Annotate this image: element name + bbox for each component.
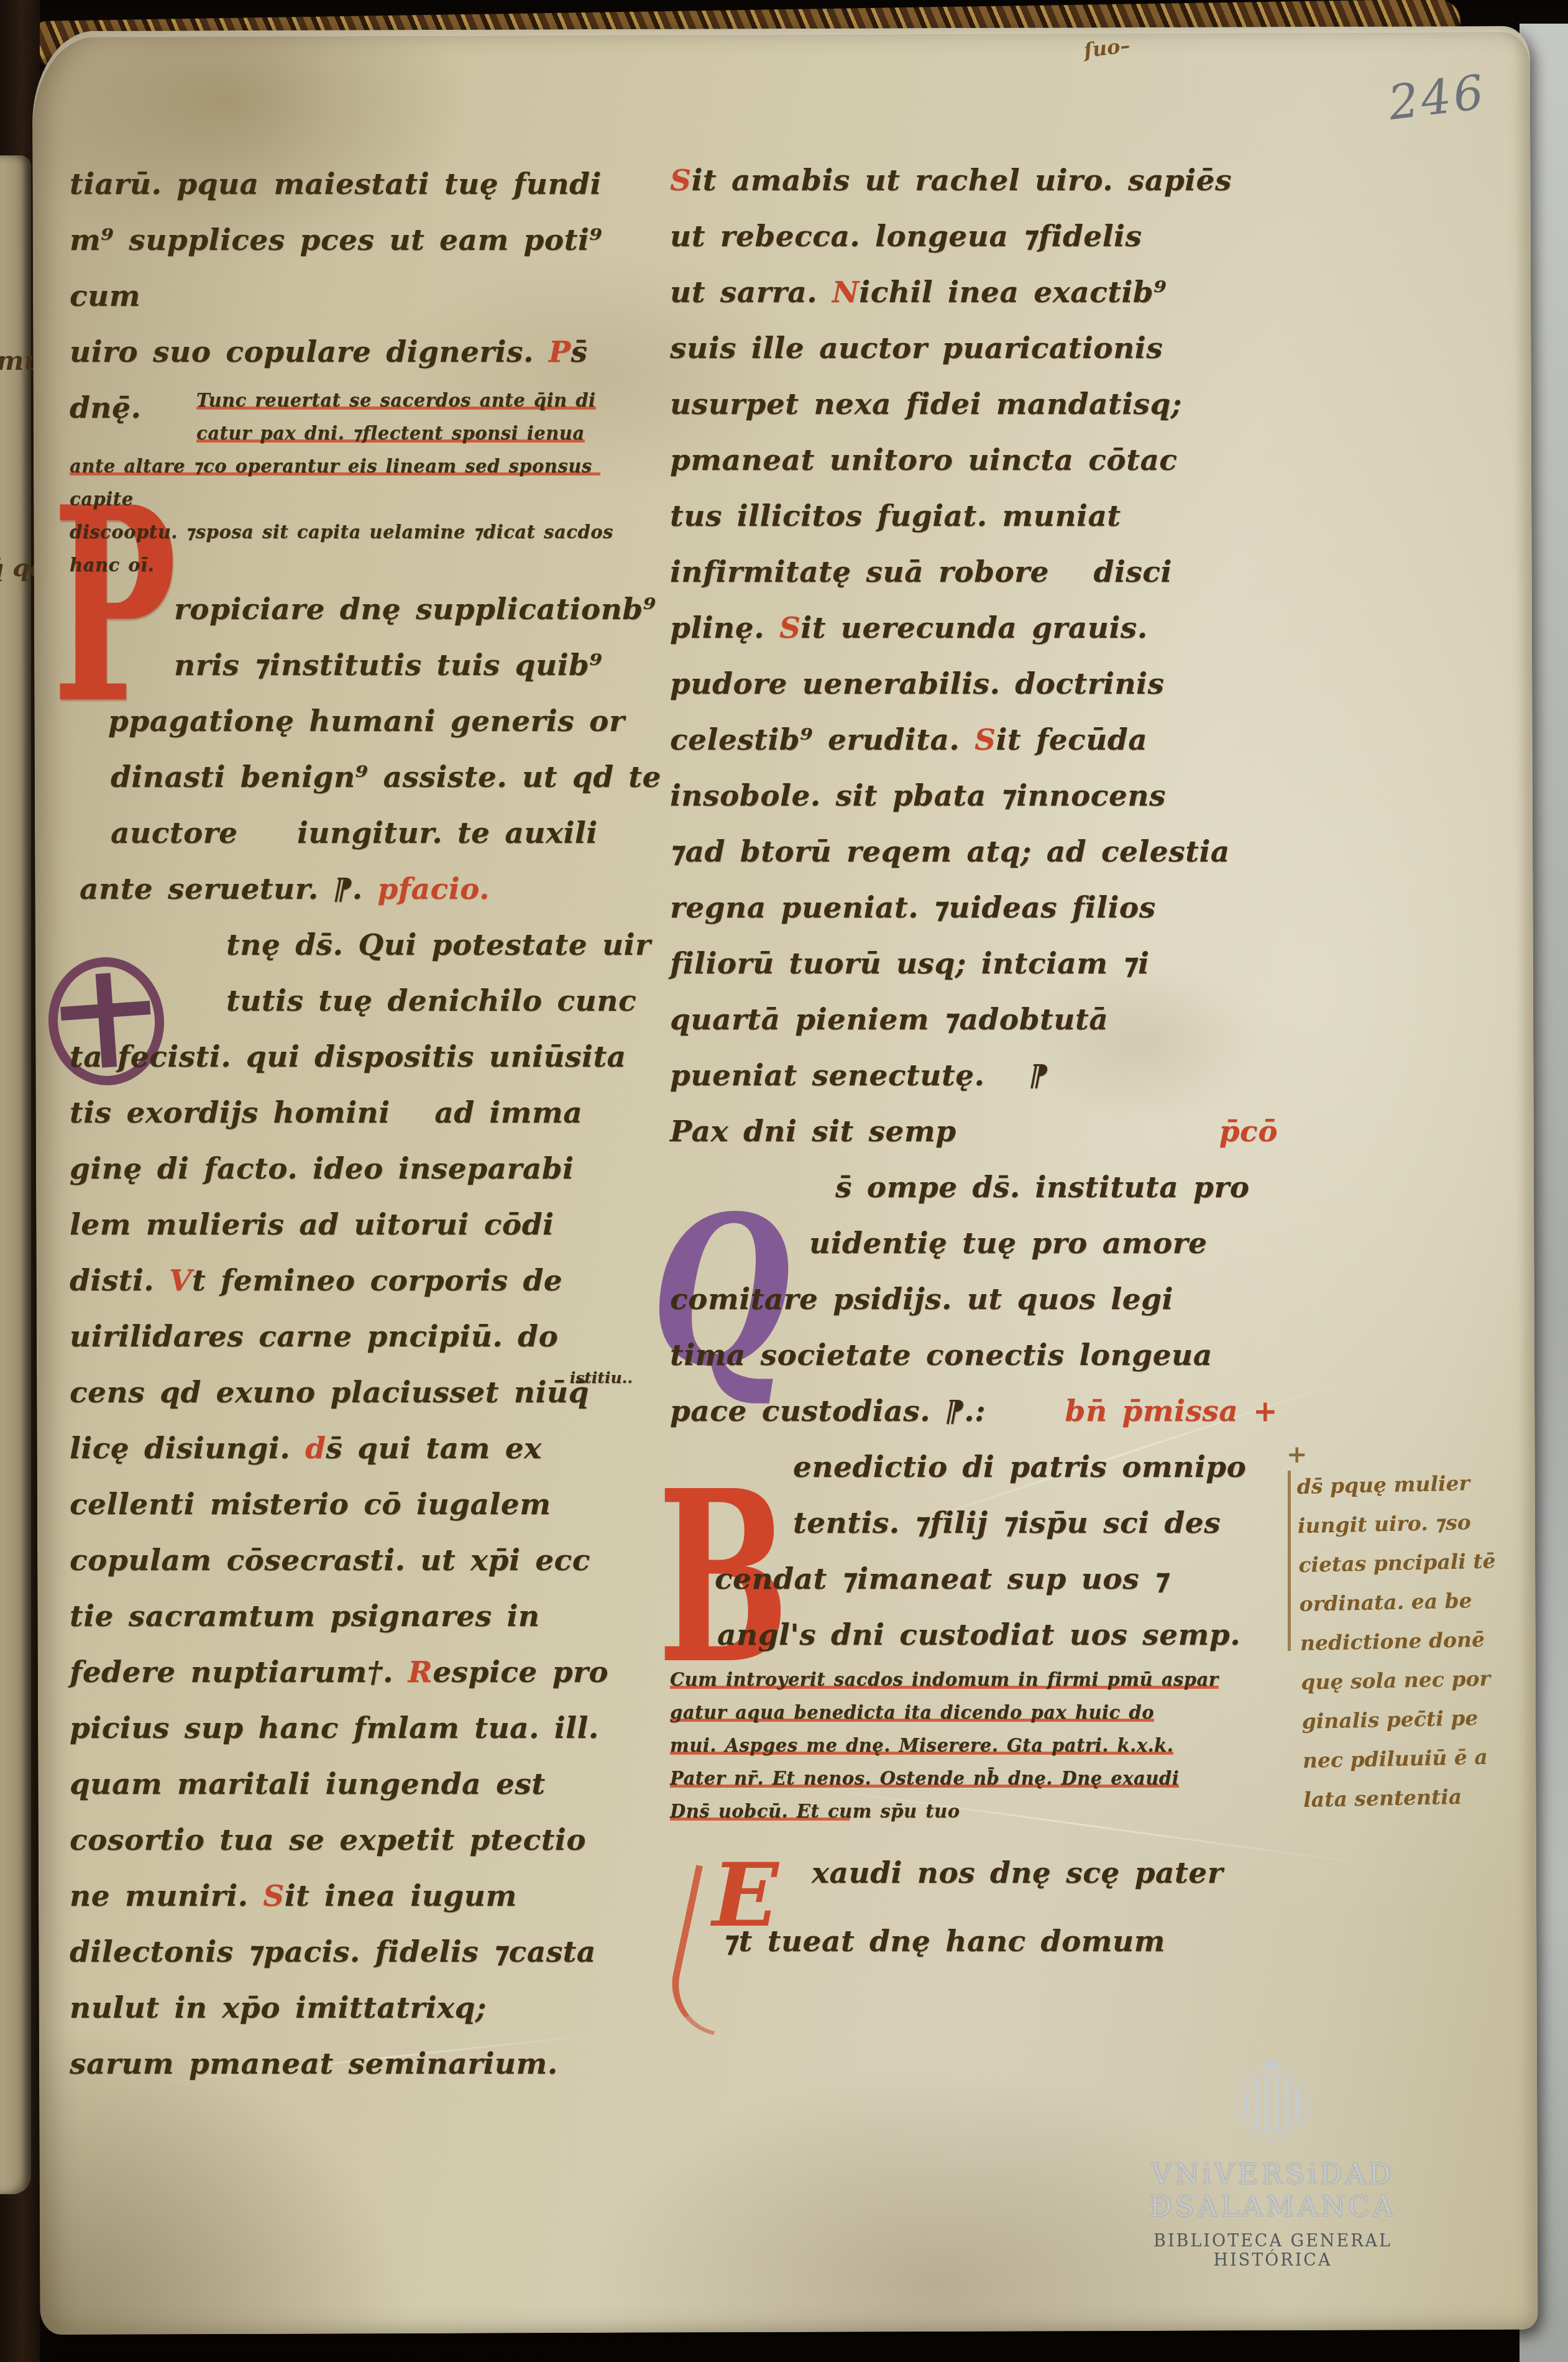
manuscript-text: tima societate conectis longeua xyxy=(670,1338,1213,1372)
manuscript-line: enedictio di patris omnipo xyxy=(670,1440,1299,1496)
manuscript-text: Pax dni sit semp xyxy=(670,1114,956,1149)
manuscript-line: Pater nr̄. Et nenos. Ostende nb̄ dnę. Dn… xyxy=(670,1762,1299,1795)
manuscript-line: filiorū tuorū usq; intciam ⁊i xyxy=(670,936,1299,992)
rubric-text: bn̄ p̄missa + xyxy=(1065,1384,1299,1440)
manuscript-line: tiarū. pqua maiestati tuę fundi xyxy=(70,157,661,213)
manuscript-line: ante seruetur. ⁋. pfacio. xyxy=(70,862,661,917)
manuscript-text: quartā pieniem ⁊adobtutā xyxy=(670,1003,1108,1037)
margin-note-line: nec pdiluuiū ē a xyxy=(1302,1736,1546,1780)
manuscript-line: ut sarra. Nichil inea exactib⁹ xyxy=(670,265,1299,321)
manuscript-text: enedictio di patris omnipo xyxy=(793,1450,1246,1484)
manuscript-line: tima societate conectis longeua xyxy=(670,1328,1299,1384)
manuscript-text: celestib⁹ erudita. xyxy=(670,723,974,757)
manuscript-line: pudore uenerabilis. doctrinis xyxy=(670,656,1299,712)
manuscript-text: licę disiungi. xyxy=(70,1431,305,1466)
manuscript-text: suis ille auctor puaricationis xyxy=(670,331,1163,365)
manuscript-line: cellenti misterio cō iugalem xyxy=(70,1477,661,1533)
manuscript-text: dilectonis ⁊pacis. fidelis ⁊casta xyxy=(70,1935,596,1969)
manuscript-text: m⁹ supplices pces ut eam poti⁹ cum xyxy=(70,223,617,313)
manuscript-line: plinę. Sit uerecunda grauis. xyxy=(670,600,1299,656)
manuscript-text: uidentię tuę pro amore xyxy=(809,1226,1207,1261)
manuscript-line: uiro suo copulare digneris. Ps̄ xyxy=(70,324,661,380)
manuscript-line: pueniat senectutę. ⁋ xyxy=(670,1048,1299,1104)
manuscript-line: tnę ds̄. Qui potestate uir xyxy=(70,917,661,973)
manuscript-text: tus illicitos fugiat. muniat xyxy=(670,499,1121,533)
manuscript-text: quam maritali iungenda est xyxy=(70,1767,546,1801)
margin-note-line: iungit uiro. ⁊so xyxy=(1297,1501,1541,1545)
rubric-text: mui. Aspges me dnę. Miserere. Gta patri.… xyxy=(670,1735,1173,1756)
manuscript-text: cendat ⁊imaneat sup uos ⁊ xyxy=(715,1562,1170,1596)
manuscript-text: picius sup hanc fmlam tua. ill. xyxy=(70,1711,599,1745)
manuscript-text: tutis tuę denichilo cunc xyxy=(226,984,636,1018)
manuscript-line: ginę di facto. ideo inseparabi xyxy=(70,1141,661,1197)
manuscript-line: m⁹ supplices pces ut eam poti⁹ cum xyxy=(70,213,661,324)
watermark-library-name: BIBLIOTECA GENERAL HISTÓRICA xyxy=(1132,2231,1413,2270)
margin-note: ds̄ pquę mulieriungit uiro. ⁊societas pn… xyxy=(1296,1462,1547,1819)
manuscript-text: it inea iugum xyxy=(285,1879,517,1913)
manuscript-line: Dns̄ uobcū. Et cum sp̄u tuo xyxy=(670,1795,1299,1828)
seal-shield-icon xyxy=(1243,2074,1303,2133)
rubric-text: p̄cō xyxy=(1219,1104,1299,1160)
right-column: Sit amabis ut rachel uiro. sapiēsut rebe… xyxy=(670,153,1299,1976)
rubric-text: d xyxy=(305,1431,326,1466)
manuscript-line: Pax dni sit sempp̄cō xyxy=(670,1104,1299,1160)
manuscript-text: ⁊t tueat dnę hanc domum xyxy=(723,1924,1165,1959)
manuscript-text: ppagationę humani generis or xyxy=(108,704,625,738)
manuscript-text: federe nuptiarum†. xyxy=(70,1655,408,1689)
manuscript-line: regna pueniat. ⁊uideas filios xyxy=(670,880,1299,936)
rubric-line: catur pax dni. ⁊flectent sponsi ienua xyxy=(196,417,661,450)
manuscript-text: tnę ds̄. Qui potestate uir xyxy=(226,928,651,962)
manuscript-text: ⁊ad btorū reqem atq; ad celestia xyxy=(670,835,1230,869)
manuscript-line: Sit amabis ut rachel uiro. sapiēs xyxy=(670,153,1299,209)
margin-note-line: quę sola nec por xyxy=(1301,1658,1545,1702)
manuscript-text: ropiciare dnę supplicationb⁹ xyxy=(174,592,656,627)
page-number: 246 xyxy=(1385,64,1489,131)
manuscript-line: infirmitatę suā robore disci xyxy=(670,545,1299,600)
margin-note-line: ds̄ pquę mulier xyxy=(1296,1462,1541,1506)
manuscript-line: tie sacramtum psignares in xyxy=(70,1589,661,1645)
manuscript-line: ⁊ad btorū reqem atq; ad celestia xyxy=(670,824,1299,880)
manuscript-line: dnę̄.Tunc reuertat se sacerdos ante q̄in… xyxy=(70,380,661,450)
manuscript-line: angl's dni custodiat uos semp. xyxy=(670,1607,1299,1663)
watermark-university-name: VNiVERSiDAD xyxy=(1132,2158,1413,2190)
manuscript-line: dilectonis ⁊pacis. fidelis ⁊casta xyxy=(70,1924,661,1980)
manuscript-photo: omum q̄ qc ſuo– 246 P Q B E tiarū. pqua … xyxy=(0,0,1568,2362)
manuscript-text: disti. xyxy=(70,1264,169,1298)
rubric-text: S xyxy=(670,163,691,198)
manuscript-line: celestib⁹ erudita. Sit fecūda xyxy=(670,712,1299,768)
manuscript-line: quam maritali iungenda est xyxy=(70,1757,661,1813)
manuscript-text: espice pro xyxy=(433,1655,608,1689)
watermark-university-name-2: ĐSALAMANCA xyxy=(1132,2190,1413,2223)
manuscript-text: tiarū. pqua maiestati tuę fundi xyxy=(70,167,602,201)
margin-note-line: ginalis pec̄ti pe xyxy=(1301,1697,1546,1741)
manuscript-line: picius sup hanc fmlam tua. ill. xyxy=(70,1701,661,1757)
manuscript-text: plinę. xyxy=(670,611,779,645)
manuscript-word: dnę̄. xyxy=(70,380,188,436)
manuscript-text: comitare psidijs. ut quos legi xyxy=(670,1282,1173,1317)
manuscript-line: nris ⁊institutis tuis quib⁹ xyxy=(70,638,661,694)
manuscript-text: infirmitatę suā robore disci xyxy=(670,555,1172,589)
margin-note-line: lata sententia xyxy=(1303,1775,1547,1819)
manuscript-text: ut sarra. xyxy=(670,275,832,310)
manuscript-line: Cum introyerit sacdos indomum in firmi p… xyxy=(670,1663,1299,1696)
manuscript-text: it uerecunda grauis. xyxy=(800,611,1147,645)
manuscript-line: tis exordijs homini ad imma xyxy=(70,1085,661,1141)
manuscript-text: ut rebecca. longeua ⁊fidelis xyxy=(670,219,1142,254)
universidad-seal-icon xyxy=(1234,2065,1311,2142)
interlinear-gloss: istitiu.. xyxy=(570,1350,633,1406)
manuscript-text: tie sacramtum psignares in xyxy=(70,1599,539,1634)
rubric-text: discooptu. ⁊sposa sit capita uelamine ⁊d… xyxy=(70,522,621,576)
manuscript-line: pace custodias. ⁋.:bn̄ p̄missa + xyxy=(670,1384,1299,1440)
manuscript-line: ⁊t tueat dnę hanc domum xyxy=(670,1908,1299,1976)
rubric-text: P xyxy=(549,335,571,369)
manuscript-text: filiorū tuorū usq; intciam ⁊i xyxy=(670,947,1149,981)
manuscript-text: ichil inea exactib⁹ xyxy=(859,275,1167,310)
manuscript-text: s̄ xyxy=(571,335,587,369)
manuscript-line: quartā pieniem ⁊adobtutā xyxy=(670,992,1299,1048)
manuscript-text: s̄ qui tam ex xyxy=(326,1431,541,1466)
manuscript-line: ante altare ⁊co operantur eis lineam sed… xyxy=(70,450,661,516)
manuscript-line: auctore iungitur. te auxili xyxy=(70,806,661,862)
manuscript-text: pudore uenerabilis. doctrinis xyxy=(670,667,1164,701)
margin-note-line: nedictione donē xyxy=(1300,1619,1544,1663)
manuscript-text: ne muniri. xyxy=(70,1879,263,1913)
manuscript-line: gatur aqua benedicta ita dicendo pax hui… xyxy=(670,1696,1299,1729)
rubric-text: S xyxy=(974,723,996,757)
manuscript-line: ut rebecca. longeua ⁊fidelis xyxy=(670,209,1299,265)
manuscript-text: cellenti misterio cō iugalem xyxy=(70,1487,551,1522)
manuscript-line: cosortio tua se expetit ptectio xyxy=(70,1813,661,1868)
manuscript-line: pmaneat unitoro uincta cōtac xyxy=(670,433,1299,489)
manuscript-line: comitare psidijs. ut quos legi xyxy=(670,1272,1299,1328)
manuscript-text: dinasti benign⁹ assiste. ut qd te xyxy=(111,760,661,794)
manuscript-text: ante seruetur. ⁋. xyxy=(80,872,377,906)
rubric-text: Tunc reuertat se sacerdos ante q̄in di xyxy=(196,390,596,411)
manuscript-line: sarum pmaneat seminarium. xyxy=(70,2036,661,2092)
rubric-text: Dns̄ uobcū. Et cum sp̄u tuo xyxy=(670,1801,960,1822)
manuscript-text: it fecūda xyxy=(996,723,1148,757)
manuscript-line: xaudi nos dnę scę pater xyxy=(670,1839,1299,1908)
manuscript-line: disti. Vt femineo corporis de xyxy=(70,1253,661,1309)
manuscript-text: auctore iungitur. te auxili xyxy=(111,816,598,850)
manuscript-line: discooptu. ⁊sposa sit capita uelamine ⁊d… xyxy=(70,516,661,582)
manuscript-text: copulam cōsecrasti. ut xp̄i ecc xyxy=(70,1543,590,1578)
manuscript-line: cens qd exuno placiusset niūq̄istitiu.. xyxy=(70,1365,661,1421)
manuscript-line: s̄ ompe ds̄. instituta pro xyxy=(670,1160,1299,1216)
manuscript-text: cens qd exuno placiusset niūq̄ xyxy=(70,1376,589,1410)
manuscript-text: nris ⁊institutis tuis quib⁹ xyxy=(174,648,602,682)
margin-bracket-line xyxy=(1288,1471,1291,1651)
manuscript-text: nulut in xp̄o imittatrixq; xyxy=(70,1991,487,2025)
manuscript-text: sarum pmaneat seminarium. xyxy=(70,2047,558,2081)
rubric-line: Tunc reuertat se sacerdos ante q̄in di xyxy=(196,384,661,417)
rubric-text: Pater nr̄. Et nenos. Ostende nb̄ dnę. Dn… xyxy=(670,1768,1179,1789)
manuscript-text: ginę di facto. ideo inseparabi xyxy=(70,1152,574,1186)
manuscript-text: s̄ ompe ds̄. instituta pro xyxy=(835,1170,1250,1205)
manuscript-text: cosortio tua se expetit ptectio xyxy=(70,1823,586,1857)
rubric-text: gatur aqua benedicta ita dicendo pax hui… xyxy=(670,1702,1154,1723)
rubric-text: Cum introyerit sacdos indomum in firmi p… xyxy=(670,1669,1219,1690)
manuscript-line: mui. Aspges me dnę. Miserere. Gta patri.… xyxy=(670,1729,1299,1762)
manuscript-text: pace custodias. ⁋.: xyxy=(670,1394,986,1428)
manuscript-line: ne muniri. Sit inea iugum xyxy=(70,1868,661,1924)
manuscript-line: lem mulieris ad uitorui cōdi xyxy=(70,1197,661,1253)
manuscript-line: copulam cōsecrasti. ut xp̄i ecc xyxy=(70,1533,661,1589)
manuscript-line: licę disiungi. ds̄ qui tam ex xyxy=(70,1421,661,1477)
manuscript-line: ppagationę humani generis or xyxy=(70,694,661,750)
manuscript-text: insobole. sit pbata ⁊innocens xyxy=(670,779,1166,813)
manuscript-text: usurpet nexa fidei mandatisq; xyxy=(670,387,1182,421)
manuscript-text: tentis. ⁊filij ⁊isp̄u sci des xyxy=(793,1506,1221,1540)
manuscript-line: federe nuptiarum†. Respice pro xyxy=(70,1645,661,1701)
manuscript-line: ta fecisti. qui dispositis uniūsita xyxy=(70,1029,661,1085)
manuscript-line: tentis. ⁊filij ⁊isp̄u sci des xyxy=(670,1496,1299,1551)
manuscript-text: t femineo corporis de xyxy=(192,1264,562,1298)
manuscript-line: suis ille auctor puaricationis xyxy=(670,321,1299,377)
rubric-text: ante altare ⁊co operantur eis lineam sed… xyxy=(70,456,600,510)
rubric-text: S xyxy=(263,1879,284,1913)
rubric-text: R xyxy=(408,1655,433,1689)
rubric-text: S xyxy=(779,611,800,645)
manuscript-text: lem mulieris ad uitorui cōdi xyxy=(70,1208,554,1242)
margin-note-line: cietas pncipali tē xyxy=(1298,1540,1543,1584)
manuscript-line: insobole. sit pbata ⁊innocens xyxy=(670,768,1299,824)
manuscript-line: cendat ⁊imaneat sup uos ⁊ xyxy=(670,1551,1299,1607)
manuscript-text: uirilidares carne pncipiū. do xyxy=(70,1320,558,1354)
manuscript-text: xaudi nos dnę scę pater xyxy=(812,1856,1223,1890)
rubric-text: V xyxy=(169,1264,192,1298)
manuscript-line: ropiciare dnę supplicationb⁹ xyxy=(70,582,661,638)
manuscript-text: it amabis ut rachel uiro. sapiēs xyxy=(691,163,1232,198)
watermark: VNiVERSiDAD ĐSALAMANCA BIBLIOTECA GENERA… xyxy=(1132,2065,1413,2270)
manuscript-line: nulut in xp̄o imittatrixq; xyxy=(70,1980,661,2036)
rubric-text: N xyxy=(832,275,859,310)
rubric-text: pfacio. xyxy=(377,872,489,906)
manuscript-line: tutis tuę denichilo cunc xyxy=(70,973,661,1029)
left-column: tiarū. pqua maiestati tuę fundim⁹ suppli… xyxy=(70,157,661,2092)
rubric-text: catur pax dni. ⁊flectent sponsi ienua xyxy=(196,423,585,444)
manuscript-line: uidentię tuę pro amore xyxy=(670,1216,1299,1272)
manuscript-text: ta fecisti. qui dispositis uniūsita xyxy=(70,1040,626,1074)
manuscript-line: usurpet nexa fidei mandatisq; xyxy=(670,377,1299,433)
manuscript-line: dinasti benign⁹ assiste. ut qd te xyxy=(70,750,661,806)
manuscript-text: angl's dni custodiat uos semp. xyxy=(717,1618,1240,1652)
margin-cross-mark: + xyxy=(1286,1440,1308,1469)
manuscript-text: pueniat senectutę. ⁋ xyxy=(670,1059,1048,1093)
seal-tiara-icon xyxy=(1266,2060,1280,2070)
manuscript-text: regna pueniat. ⁊uideas filios xyxy=(670,891,1156,925)
manuscript-line: tus illicitos fugiat. muniat xyxy=(670,489,1299,545)
previous-leaf-edge xyxy=(0,155,31,2194)
manuscript-text: pmaneat unitoro uincta cōtac xyxy=(670,443,1177,477)
manuscript-text: uiro suo copulare digneris. xyxy=(70,335,549,369)
manuscript-text: tis exordijs homini ad imma xyxy=(70,1096,582,1130)
margin-note-line: ordinata. ea be xyxy=(1299,1579,1543,1624)
